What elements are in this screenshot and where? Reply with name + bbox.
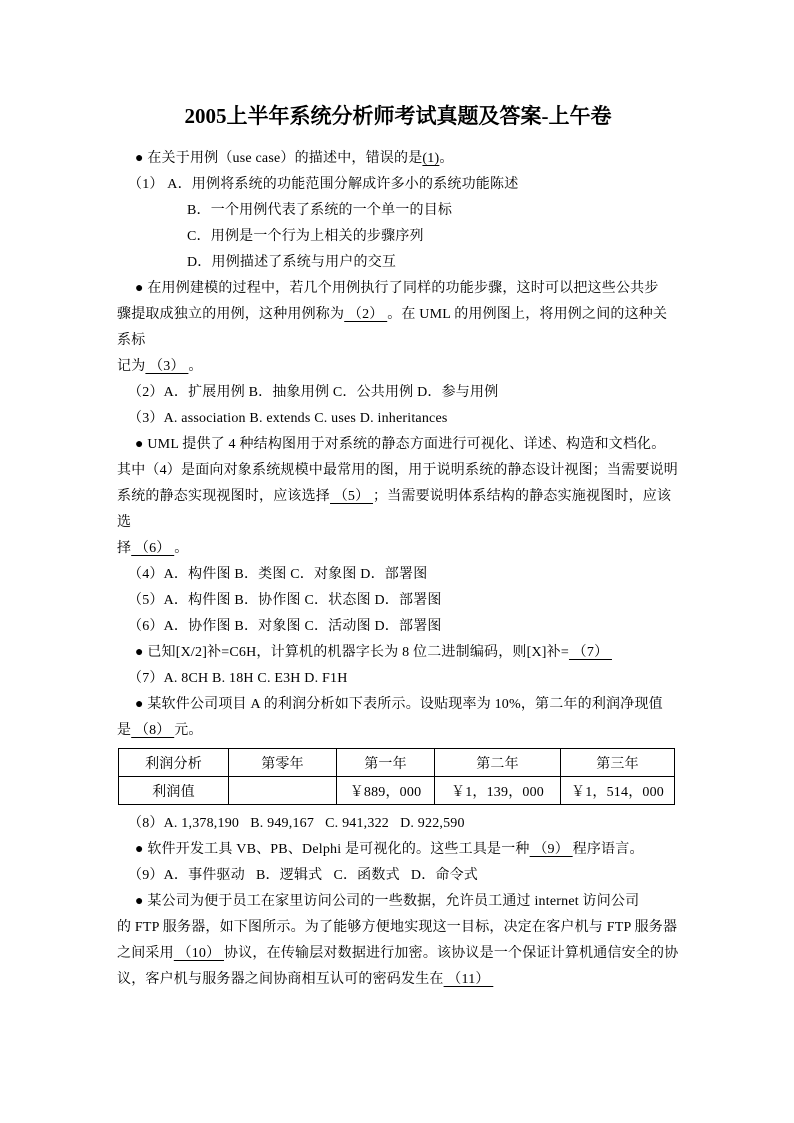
text-segment: 协议，在传输层对数据进行加密。该协议是一个保证计算机通信安全的协 <box>224 946 678 961</box>
text-line: 骤提取成独立的用例，这种用例称为 （2） 。在 UML 的用例图上，将用例之间的… <box>117 302 679 354</box>
bullet-paragraph-line: ● 某公司为便于员工在家里访问公司的一些数据，允许员工通过 internet 访… <box>117 889 679 915</box>
blank-underline: （11） <box>444 972 494 987</box>
text-segment: 骤提取成独立的用例，这种用例称为 <box>117 307 344 322</box>
option-line: （7）A. 8CH B. 18H C. E3H D. F1H <box>117 666 679 692</box>
text-line: 系统的静态实现视图时，应该选择 （5） ；当需要说明体系结构的静态实施视图时，应… <box>117 484 679 536</box>
text-segment: 。 <box>188 359 202 374</box>
text-segment: （2）A．扩展用例 B．抽象用例 C．公共用例 D．参与用例 <box>128 385 498 400</box>
table-cell: ￥1，514，000 <box>561 777 675 805</box>
bullet-icon: ● <box>135 437 147 452</box>
text-segment: 某公司为便于员工在家里访问公司的一些数据，允许员工通过 internet 访问公… <box>147 894 639 909</box>
table-cell: ￥889，000 <box>337 777 435 805</box>
table-header-cell: 第二年 <box>435 749 561 777</box>
text-segment: 在用例建模的过程中，若几个用例执行了同样的功能步骤，这时可以把这些公共步 <box>147 281 658 296</box>
text-segment: （5）A．构件图 B．协作图 C．状态图 D．部署图 <box>128 593 442 608</box>
blank-underline: (1) <box>422 151 439 166</box>
suboption-line: C．用例是一个行为上相关的步骤序列 <box>117 224 679 250</box>
text-segment: 记为 <box>117 359 145 374</box>
table-cell: 利润值 <box>119 777 229 805</box>
option-line: （2）A．扩展用例 B．抽象用例 C．公共用例 D．参与用例 <box>117 380 679 406</box>
text-segment: （1） A．用例将系统的功能范围分解成许多小的系统功能陈述 <box>128 177 518 192</box>
bullet-icon: ● <box>135 894 147 909</box>
text-segment: UML 提供了 4 种结构图用于对系统的静态方面进行可视化、详述、构造和文档化。 <box>147 437 665 452</box>
bullet-paragraph-line: ● UML 提供了 4 种结构图用于对系统的静态方面进行可视化、详述、构造和文档… <box>117 432 679 458</box>
text-segment: 是 <box>117 723 131 738</box>
bullet-paragraph-line: ● 在关于用例（use case）的描述中，错误的是(1)。 <box>117 146 679 172</box>
profit-analysis-table: 利润分析第零年第一年第二年第三年利润值￥889，000￥1，139，000￥1，… <box>118 748 675 805</box>
text-segment: 在关于用例（use case）的描述中，错误的是 <box>147 151 422 166</box>
option-line: （4）A．构件图 B．类图 C．对象图 D．部署图 <box>117 562 679 588</box>
table-header-cell: 第一年 <box>337 749 435 777</box>
blank-underline: （10） <box>174 946 224 961</box>
bullet-icon: ● <box>135 151 147 166</box>
text-line: 议，客户机与服务器之间协商相互认可的密码发生在 （11） <box>117 967 679 993</box>
blank-underline: （2） <box>344 307 387 322</box>
table-header-cell: 第三年 <box>561 749 675 777</box>
blank-underline: （7） <box>569 645 612 660</box>
text-segment: （4）A．构件图 B．类图 C．对象图 D．部署图 <box>128 567 427 582</box>
bullet-icon: ● <box>135 645 147 660</box>
text-segment: 程序语言。 <box>573 842 644 857</box>
text-segment: 。 <box>439 151 453 166</box>
bullet-icon: ● <box>135 842 147 857</box>
document-title: 2005上半年系统分析师考试真题及答案-上午卷 <box>117 101 679 131</box>
text-segment: 之间采用 <box>117 946 174 961</box>
blank-underline: （8） <box>131 723 174 738</box>
text-line: 是 （8） 元。 <box>117 718 679 744</box>
blank-underline: （6） <box>131 541 174 556</box>
text-segment: 某软件公司项目 A 的利润分析如下表所示。设贴现率为 10%，第二年的利润净现值 <box>147 697 663 712</box>
text-segment: （7）A. 8CH B. 18H C. E3H D. F1H <box>128 671 348 686</box>
text-segment: 已知[X/2]补=C6H，计算机的机器字长为 8 位二进制编码，则[X]补= <box>147 645 569 660</box>
bullet-icon: ● <box>135 697 147 712</box>
blank-underline: （3） <box>145 359 188 374</box>
table-header-row: 利润分析第零年第一年第二年第三年 <box>119 749 675 777</box>
text-segment: D．用例描述了系统与用户的交互 <box>187 255 396 270</box>
bullet-paragraph-line: ● 已知[X/2]补=C6H，计算机的机器字长为 8 位二进制编码，则[X]补=… <box>117 640 679 666</box>
text-segment: 议，客户机与服务器之间协商相互认可的密码发生在 <box>117 972 444 987</box>
option-line: （5）A．构件图 B．协作图 C．状态图 D．部署图 <box>117 588 679 614</box>
text-line: 其中（4）是面向对象系统规模中最常用的图，用于说明系统的静态设计视图；当需要说明 <box>117 458 679 484</box>
text-segment: 系统的静态实现视图时，应该选择 <box>117 489 330 504</box>
text-line: 的 FTP 服务器，如下图所示。为了能够方便地实现这一目标，决定在客户机与 FT… <box>117 915 679 941</box>
option-line: （1） A．用例将系统的功能范围分解成许多小的系统功能陈述 <box>117 172 679 198</box>
document-body: ● 在关于用例（use case）的描述中，错误的是(1)。（1） A．用例将系… <box>117 146 679 993</box>
table-header-cell: 利润分析 <box>119 749 229 777</box>
table-cell: ￥1，139，000 <box>435 777 561 805</box>
text-segment: B．一个用例代表了系统的一个单一的目标 <box>187 203 452 218</box>
blank-underline: （9） <box>530 842 573 857</box>
text-segment: 的 FTP 服务器，如下图所示。为了能够方便地实现这一目标，决定在客户机与 FT… <box>117 920 677 935</box>
text-segment: 软件开发工具 VB、PB、Delphi 是可视化的。这些工具是一种 <box>147 842 529 857</box>
text-segment: （9）A．事件驱动 B．逻辑式 C．函数式 D．命令式 <box>128 868 478 883</box>
text-segment: 。 <box>174 541 188 556</box>
option-line: （3）A. association B. extends C. uses D. … <box>117 406 679 432</box>
text-line: 之间采用 （10） 协议，在传输层对数据进行加密。该协议是一个保证计算机通信安全… <box>117 941 679 967</box>
text-line: 择 （6） 。 <box>117 536 679 562</box>
text-line: 记为 （3） 。 <box>117 354 679 380</box>
text-segment: （3）A. association B. extends C. uses D. … <box>128 411 448 426</box>
option-line: （6）A．协作图 B．对象图 C．活动图 D．部署图 <box>117 614 679 640</box>
option-line: （8）A. 1,378,190 B. 949,167 C. 941,322 D.… <box>117 811 679 837</box>
document-page: 2005上半年系统分析师考试真题及答案-上午卷 ● 在关于用例（use case… <box>0 0 794 1123</box>
bullet-icon: ● <box>135 281 147 296</box>
table-row: 利润值￥889，000￥1，139，000￥1，514，000 <box>119 777 675 805</box>
table-cell <box>229 777 337 805</box>
table-header-cell: 第零年 <box>229 749 337 777</box>
suboption-line: B．一个用例代表了系统的一个单一的目标 <box>117 198 679 224</box>
text-segment: 元。 <box>174 723 202 738</box>
blank-underline: （5） <box>330 489 373 504</box>
text-segment: （6）A．协作图 B．对象图 C．活动图 D．部署图 <box>128 619 442 634</box>
document-content: 2005上半年系统分析师考试真题及答案-上午卷 ● 在关于用例（use case… <box>117 0 679 993</box>
text-segment: 其中（4）是面向对象系统规模中最常用的图，用于说明系统的静态设计视图；当需要说明 <box>117 463 678 478</box>
option-line: （9）A．事件驱动 B．逻辑式 C．函数式 D．命令式 <box>117 863 679 889</box>
bullet-paragraph-line: ● 在用例建模的过程中，若几个用例执行了同样的功能步骤，这时可以把这些公共步 <box>117 276 679 302</box>
text-segment: 择 <box>117 541 131 556</box>
suboption-line: D．用例描述了系统与用户的交互 <box>117 250 679 276</box>
text-segment: C．用例是一个行为上相关的步骤序列 <box>187 229 424 244</box>
bullet-paragraph-line: ● 软件开发工具 VB、PB、Delphi 是可视化的。这些工具是一种 （9） … <box>117 837 679 863</box>
text-segment: （8）A. 1,378,190 B. 949,167 C. 941,322 D.… <box>128 816 465 831</box>
bullet-paragraph-line: ● 某软件公司项目 A 的利润分析如下表所示。设贴现率为 10%，第二年的利润净… <box>117 692 679 718</box>
